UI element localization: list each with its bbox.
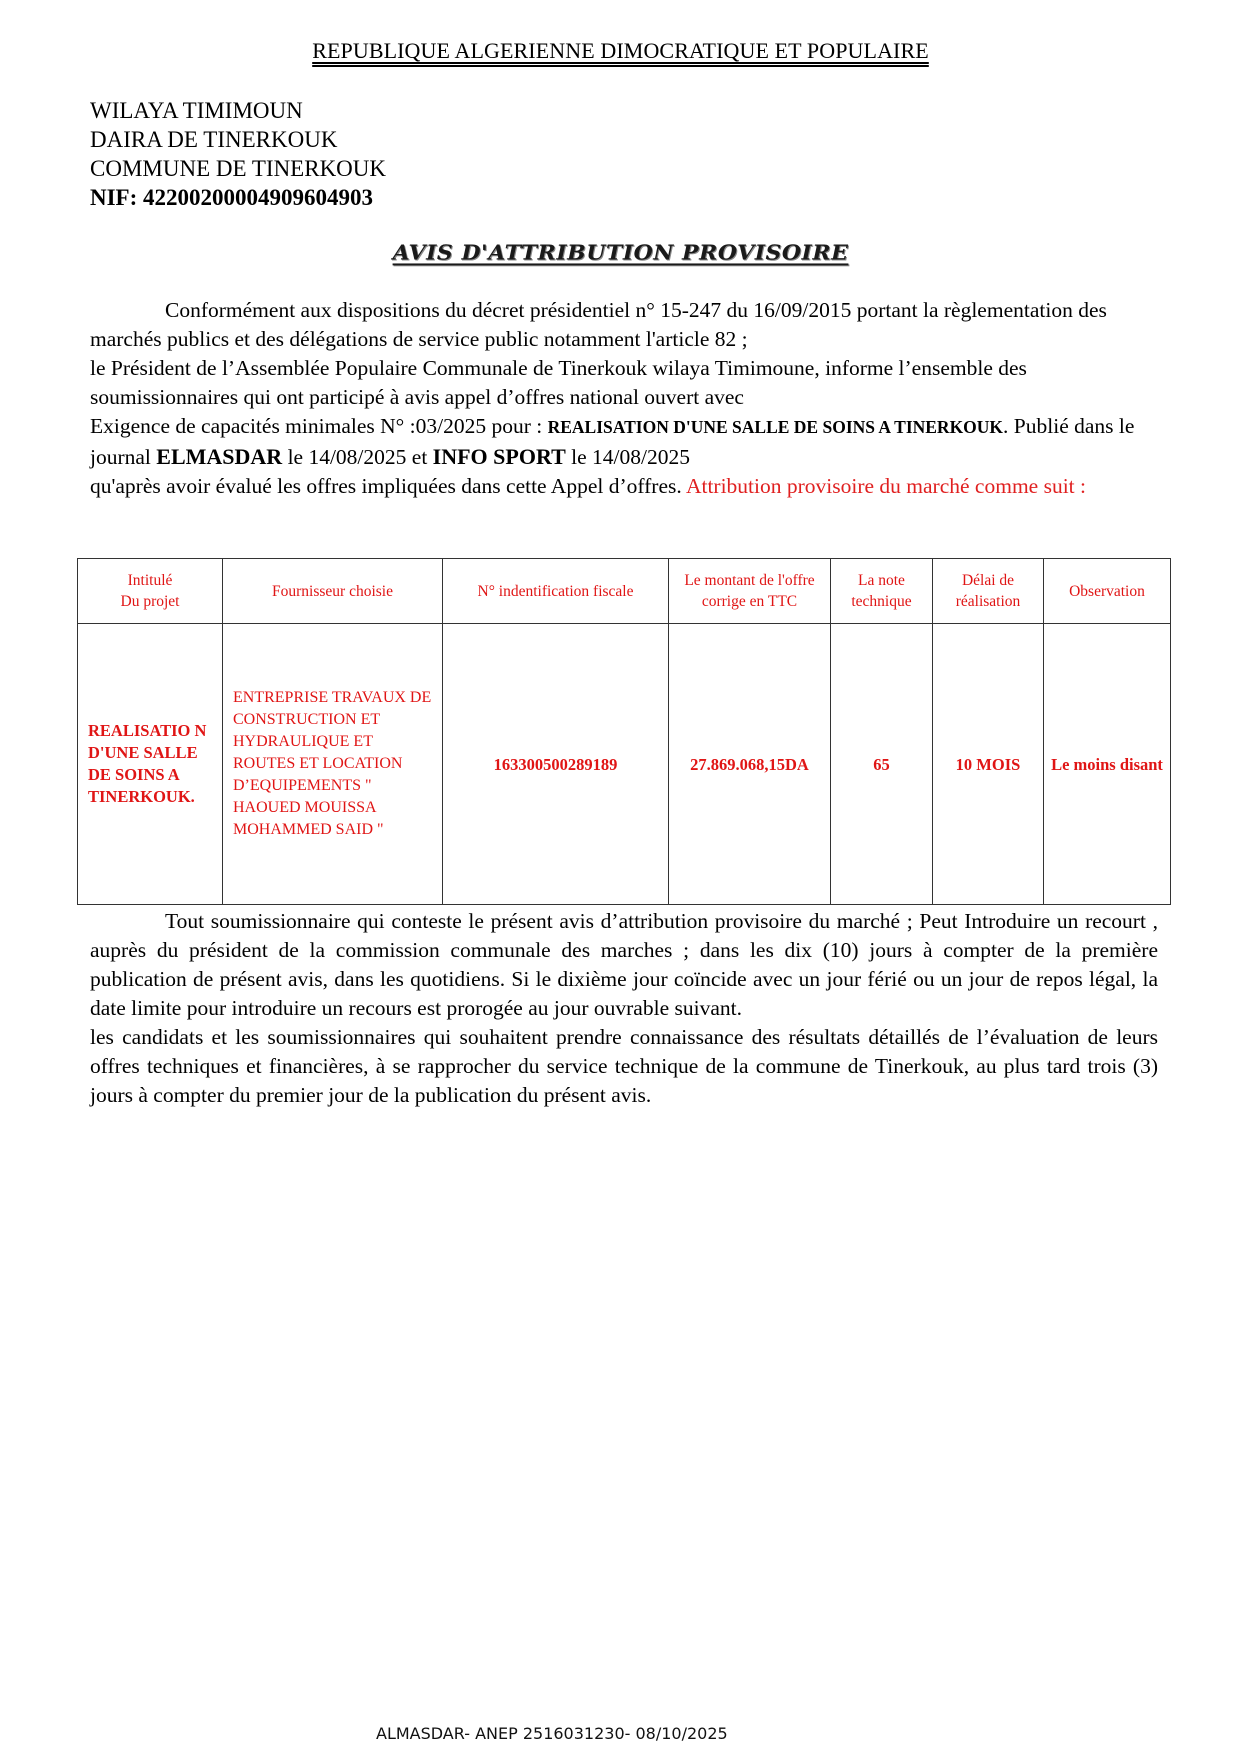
notice-title: AVIS D'ATTRIBUTION PROVISOIRE (0, 241, 1241, 266)
cell-delay: 10 MOIS (933, 624, 1044, 905)
table-row: REALISATIO N D'UNE SALLE DE SOINS A TINE… (78, 624, 1171, 905)
cell-project: REALISATIO N D'UNE SALLE DE SOINS A TINE… (78, 624, 223, 905)
col-header-supplier: Fournisseur choisie (223, 559, 443, 624)
journal-1-date: le 14/08/2025 et (282, 445, 432, 469)
journal-2: INFO SPORT (433, 444, 566, 469)
col-header-delay: Délai de réalisation (933, 559, 1044, 624)
appeal-text: Tout soumissionnaire qui conteste le pré… (90, 909, 1158, 1020)
col-header-nif: N° indentification fiscale (443, 559, 669, 624)
publication-footer: ALMASDAR- ANEP 2516031230- 08/10/2025 (376, 1724, 728, 1743)
award-announcement: Attribution provisoire du marché comme s… (686, 474, 1086, 498)
results-paragraph: les candidats et les soumissionnaires qu… (90, 1023, 1158, 1110)
intro-line-4: qu'après avoir évalué les offres impliqu… (90, 472, 1170, 501)
cell-supplier: ENTREPRISE TRAVAUX DE CONSTRUCTION ET HY… (223, 624, 443, 905)
col-header-amount: Le montant de l'offre corrige en TTC (669, 559, 831, 624)
table-header-row: Intitulé Du projet Fournisseur choisie N… (78, 559, 1171, 624)
wilaya-line: WILAYA TIMIMOUN (90, 96, 386, 125)
col-header-score: La note technique (831, 559, 933, 624)
appeal-paragraph: Tout soumissionnaire qui conteste le pré… (90, 907, 1158, 1023)
intro-line-1: Conformément aux dispositions du décret … (90, 296, 1170, 354)
col-header-project: Intitulé Du projet (78, 559, 223, 624)
award-table: Intitulé Du projet Fournisseur choisie N… (77, 558, 1171, 905)
decree-text: Conformément aux dispositions du décret … (90, 298, 1107, 351)
journal-2-date: le 14/08/2025 (566, 445, 690, 469)
intro-line-2: le Président de l’Assemblée Populaire Co… (90, 354, 1170, 412)
cell-amount: 27.869.068,15DA (669, 624, 831, 905)
republic-heading: REPUBLIQUE ALGERIENNE DIMOCRATIQUE ET PO… (0, 38, 1241, 64)
commune-line: COMMUNE DE TINERKOUK (90, 154, 386, 183)
daira-line: DAIRA DE TINERKOUK (90, 125, 386, 154)
journal-1: ELMASDAR (156, 444, 282, 469)
cell-nif: 163300500289189 (443, 624, 669, 905)
nif-line: NIF: 42200200004909604903 (90, 183, 386, 212)
tender-ref-text: Exigence de capacités minimales N° :03/2… (90, 414, 548, 438)
evaluation-text: qu'après avoir évalué les offres impliqu… (90, 474, 686, 498)
issuer-block: WILAYA TIMIMOUN DAIRA DE TINERKOUK COMMU… (90, 96, 386, 212)
closing-paragraphs: Tout soumissionnaire qui conteste le pré… (90, 907, 1158, 1110)
project-name: REALISATION D'UNE SALLE DE SOINS A TINER… (548, 417, 1003, 437)
col-header-observation: Observation (1044, 559, 1171, 624)
intro-paragraph: Conformément aux dispositions du décret … (90, 296, 1170, 501)
cell-score: 65 (831, 624, 933, 905)
cell-observation: Le moins disant (1044, 624, 1171, 905)
intro-line-3: Exigence de capacités minimales N° :03/2… (90, 412, 1170, 472)
